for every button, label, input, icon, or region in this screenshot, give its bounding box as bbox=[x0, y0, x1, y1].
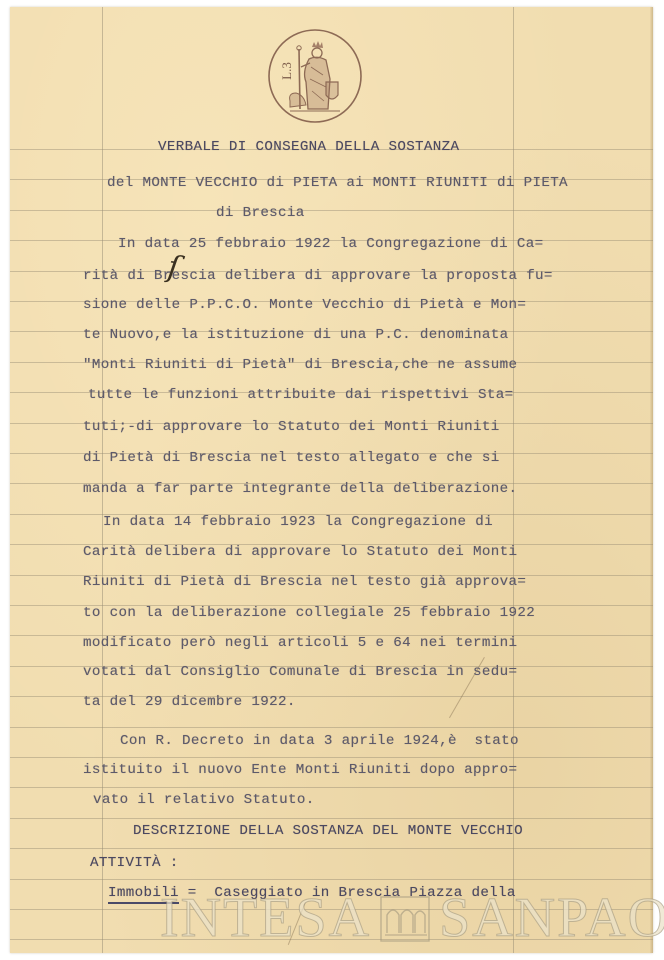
document-subtitle-city: di Brescia bbox=[216, 205, 305, 221]
ruled-line bbox=[10, 879, 653, 880]
assets-label: ATTIVITÀ : bbox=[90, 855, 179, 871]
paragraph-1-line: In data 25 febbraio 1922 la Congregazion… bbox=[118, 236, 543, 252]
ruled-line bbox=[10, 210, 653, 211]
bank-watermark: INTESA SANPAOLO bbox=[160, 888, 664, 948]
paragraph-2-line: Riuniti di Pietà di Brescia nel testo gi… bbox=[83, 574, 526, 590]
document-subtitle: del MONTE VECCHIO di PIETA ai MONTI RIUN… bbox=[107, 175, 568, 191]
paragraph-3-line: istituito il nuovo Ente Monti Riuniti do… bbox=[83, 762, 517, 778]
paragraph-2-line: Carità delibera di approvare lo Statuto … bbox=[83, 544, 517, 560]
paragraph-2-line: modificato però negli articoli 5 e 64 ne… bbox=[83, 635, 517, 651]
ruled-line bbox=[10, 818, 653, 819]
ruled-line bbox=[10, 848, 653, 849]
paragraph-2-line: In data 14 febbraio 1923 la Congregazion… bbox=[103, 514, 493, 530]
arched-building-logo-icon bbox=[379, 895, 431, 943]
seal-label: L.3 bbox=[279, 62, 295, 80]
paragraph-1-line: "Monti Riuniti di Pietà" di Brescia,che … bbox=[83, 357, 517, 373]
paragraph-2-line: ta del 29 dicembre 1922. bbox=[83, 694, 296, 710]
left-margin-line bbox=[102, 7, 103, 953]
paragraph-3-line: Con R. Decreto in data 3 aprile 1924,è s… bbox=[120, 733, 519, 749]
paragraph-1-line: manda a far parte integrante della delib… bbox=[83, 481, 517, 497]
paragraph-1-line: te Nuovo,e la istituzione di una P.C. de… bbox=[83, 327, 508, 343]
paragraph-1-line: tutte le funzioni attribuite dai rispett… bbox=[88, 387, 513, 403]
watermark-text-right: SANPAOLO bbox=[439, 887, 664, 949]
section-heading: DESCRIZIONE DELLA SOSTANZA DEL MONTE VEC… bbox=[133, 823, 523, 839]
seal-stamp: L.3 bbox=[266, 27, 364, 125]
paragraph-2-line: to con la deliberazione collegiale 25 fe… bbox=[83, 605, 535, 621]
watermark-text-left: INTESA bbox=[160, 887, 371, 949]
paragraph-1-line: tuti;-di approvare lo Statuto dei Monti … bbox=[83, 419, 500, 435]
document-title: VERBALE DI CONSEGNA DELLA SOSTANZA bbox=[158, 139, 459, 155]
paragraph-3-line: vato il relativo Statuto. bbox=[93, 792, 315, 808]
ruled-line bbox=[10, 787, 653, 788]
ruled-line bbox=[10, 727, 653, 728]
paragraph-1-line: rità di Brescia delibera di approvare la… bbox=[83, 268, 553, 284]
paragraph-1-line: di Pietà di Brescia nel testo allegato e… bbox=[83, 450, 500, 466]
right-margin-line bbox=[513, 7, 514, 953]
ruled-line bbox=[10, 757, 653, 758]
paragraph-2-line: votati dal Consiglio Comunale di Brescia… bbox=[83, 664, 517, 680]
paragraph-1-line: sione delle P.P.C.O. Monte Vecchio di Pi… bbox=[83, 297, 526, 313]
